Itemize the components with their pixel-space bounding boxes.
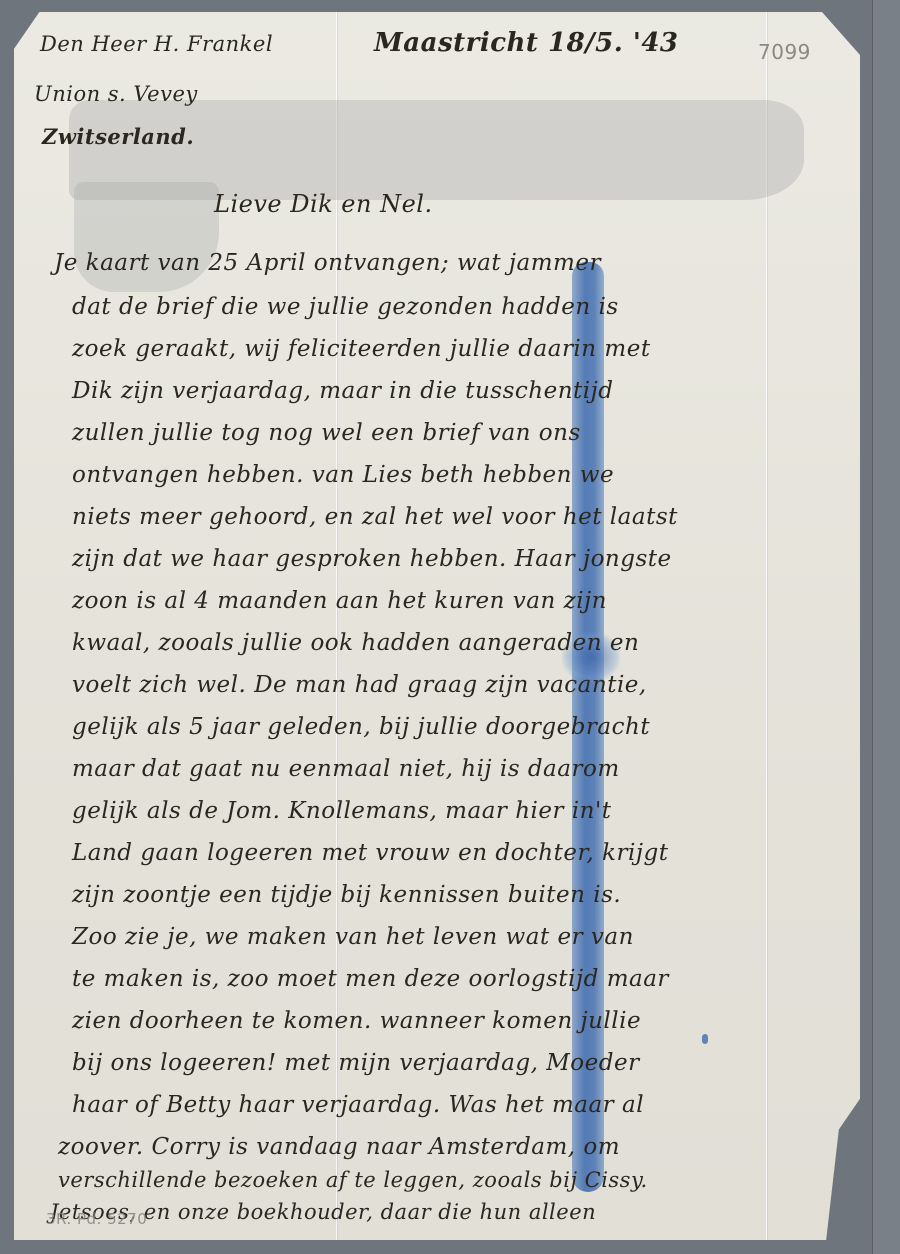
- address-line-1: Den Heer H. Frankel: [40, 32, 273, 56]
- body-line: zijn zoontje een tijdje bij kennissen bu…: [72, 882, 621, 908]
- body-line: niets meer gehoord, en zal het wel voor …: [72, 504, 678, 530]
- body-line: gelijk als 5 jaar geleden, bij jullie do…: [72, 714, 650, 740]
- address-line-2: Union s. Vevey: [34, 82, 198, 106]
- address-line-3: Zwitserland.: [42, 124, 194, 149]
- body-line: kwaal, zooals jullie ook hadden aangerad…: [72, 630, 639, 656]
- body-line: bij ons logeeren! met mijn verjaardag, M…: [72, 1050, 640, 1076]
- letter-page: Den Heer H. Frankel Union s. Vevey Zwits…: [14, 12, 860, 1240]
- body-line: zien doorheen te komen. wanneer komen ju…: [72, 1008, 641, 1034]
- body-line: Land gaan logeeren met vrouw en dochter,…: [72, 840, 668, 866]
- body-line: voelt zich wel. De man had graag zijn va…: [72, 672, 647, 698]
- body-line: maar dat gaat nu eenmaal niet, hij is da…: [72, 756, 620, 782]
- body-line: dat de brief die we jullie gezonden hadd…: [72, 294, 619, 320]
- mount-frame-edge: [872, 0, 900, 1254]
- body-line: zullen jullie tog nog wel een brief van …: [72, 420, 581, 446]
- salutation: Lieve Dik en Nel.: [214, 190, 433, 218]
- archive-number-bottom: 3R. Pd. 5270: [46, 1210, 147, 1228]
- body-line: zoek geraakt, wij feliciteerden jullie d…: [72, 336, 651, 362]
- body-line: Zoo zie je, we maken van het leven wat e…: [72, 924, 634, 950]
- body-line: Je kaart van 25 April ontvangen; wat jam…: [54, 250, 601, 276]
- body-line: zoon is al 4 maanden aan het kuren van z…: [72, 588, 607, 614]
- body-line: ontvangen hebben. van Lies beth hebben w…: [72, 462, 614, 488]
- body-line: Dik zijn verjaardag, maar in die tussche…: [72, 378, 613, 404]
- body-line: haar of Betty haar verjaardag. Was het m…: [72, 1092, 644, 1118]
- blue-ink-spot: [702, 1034, 708, 1044]
- body-line: gelijk als de Jom. Knollemans, maar hier…: [72, 798, 612, 824]
- body-line: te maken is, zoo moet men deze oorlogsti…: [72, 966, 669, 992]
- place-date: Maastricht 18/5. '43: [374, 28, 679, 58]
- archive-number-top: 7099: [758, 40, 811, 64]
- body-line: zoover. Corry is vandaag naar Amsterdam,…: [58, 1134, 620, 1160]
- body-line: zijn dat we haar gesproken hebben. Haar …: [72, 546, 672, 572]
- body-line: verschillende bezoeken af te leggen, zoo…: [58, 1168, 648, 1192]
